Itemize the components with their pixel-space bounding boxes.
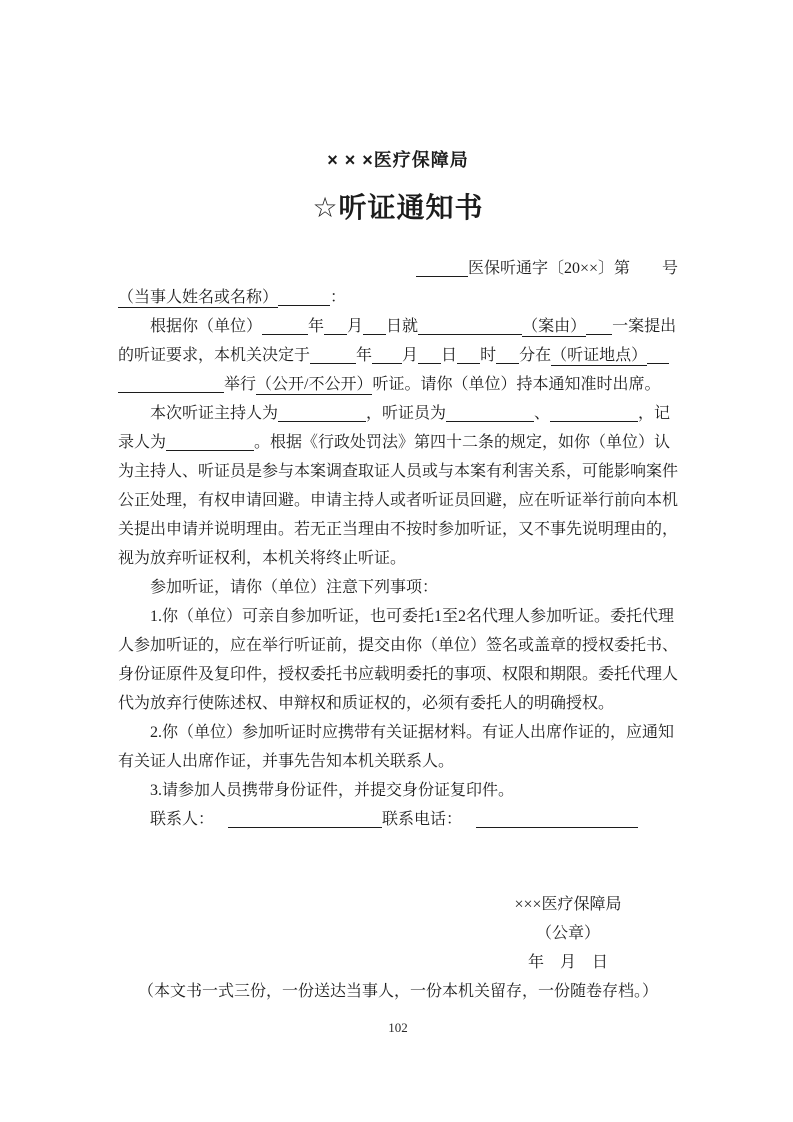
spacer (462, 823, 476, 824)
text-segment: 时 (480, 347, 496, 364)
text-segment: ，记 (638, 405, 670, 422)
text-segment: 年 (308, 318, 324, 335)
text-segment: 日 (441, 347, 457, 364)
blank-field (166, 433, 254, 451)
date-line: 年 月 日 (458, 948, 678, 977)
text-segment: ： (330, 289, 346, 306)
text-segment: 分在 (519, 347, 551, 364)
body-line: 人参加听证的，应在举行听证前，提交由你（单位）签名或盖章的授权委托书、 (118, 631, 678, 660)
body-line: 参加听证，请你（单位）注意下列事项： (118, 573, 678, 602)
issuing-org-header: × × ×医疗保障局 (118, 148, 678, 172)
blank-field (476, 810, 638, 828)
text-segment: 年 (356, 347, 372, 364)
text-segment: 日就 (386, 318, 418, 335)
underlined-label: （案由） (522, 318, 586, 337)
body-line: 为主持人、听证员是参与本案调查取证人员或与本案有利害关系，可能影响案件 (118, 457, 678, 486)
body-line: 公正处理，有权申请回避。申请主持人或者听证员回避，应在听证举行前向本机 (118, 486, 678, 515)
spacer (214, 823, 228, 824)
body-line: 身份证原件及复印件，授权委托书应载明委托的事项、权限和期限。委托代理人 (118, 660, 678, 689)
blank-field (418, 346, 441, 364)
body-line: 2.你（单位）参加听证时应携带有关证据材料。有证人出席作证的，应通知 (118, 718, 678, 747)
underlined-label: （公开/不公开） (256, 376, 372, 395)
distribution-note: （本文书一式三份，一份送达当事人，一份本机关留存，一份随卷存档。） (118, 977, 678, 1006)
text-segment: 联系电话： (382, 811, 462, 828)
blank-field (278, 404, 366, 422)
text-segment: 。根据《行政处罚法》第四十二条的规定，如你（单位）认 (254, 434, 670, 451)
body-line: 录人为。根据《行政处罚法》第四十二条的规定，如你（单位）认 (118, 428, 678, 457)
text-segment: 月 (347, 318, 363, 335)
body-line: 有关证人出席作证，并事先告知本机关联系人。 (118, 747, 678, 776)
blank-field (262, 317, 308, 335)
text-segment: 关提出申请并说明理由。若无正当理由不按时参加听证，又不事先说明理由的， (118, 521, 678, 538)
body-line: 视为放弃听证权利，本机关将终止听证。 (118, 544, 678, 573)
blank-field (228, 810, 382, 828)
closing-org: ×××医疗保障局 (458, 890, 678, 919)
body-line: 代为放弃行使陈述权、申辩权和质证权的，必须有委托人的明确授权。 (118, 689, 678, 718)
text-segment: 身份证原件及复印件，授权委托书应载明委托的事项、权限和期限。委托代理人 (118, 666, 678, 683)
page-number: 102 (118, 1020, 678, 1036)
blank-field (416, 259, 468, 277)
text-segment: 3.请参加人员携带身份证件，并提交身份证复印件。 (150, 782, 514, 799)
blank-field (496, 346, 519, 364)
document-title: ☆听证通知书 (118, 188, 678, 228)
blank-field (647, 346, 669, 364)
signature-block: ×××医疗保障局 （公章） 年 月 日 (458, 890, 678, 977)
blank-field (310, 346, 356, 364)
blank-field (586, 317, 612, 335)
blank-field (363, 317, 386, 335)
text-segment: 根据你（单位） (150, 318, 262, 335)
text-segment: 代为放弃行使陈述权、申辩权和质证权的，必须有委托人的明确授权。 (118, 695, 614, 712)
text-segment: 的听证要求，本机关决定于 (118, 347, 310, 364)
document-lines: 医保听通字〔20××〕第 号（当事人姓名或名称）：根据你（单位）年月日就（案由）… (118, 254, 678, 834)
text-segment: 一案提出 (612, 318, 676, 335)
text-segment: 联系人： (150, 811, 214, 828)
text-segment: 医保听通字〔20××〕第 号 (468, 260, 678, 277)
doc-number-line: 医保听通字〔20××〕第 号 (118, 254, 678, 283)
blank-field (446, 404, 534, 422)
text-segment: 2.你（单位）参加听证时应携带有关证据材料。有证人出席作证的，应通知 (150, 724, 674, 741)
body-line: 1.你（单位）可亲自参加听证，也可委托1至2名代理人参加听证。委托代理 (118, 602, 678, 631)
text-segment: 月 (402, 347, 418, 364)
blank-field (278, 288, 330, 306)
body-line: 的听证要求，本机关决定于年月日时分在（听证地点） (118, 341, 678, 370)
text-segment: 有关证人出席作证，并事先告知本机关联系人。 (118, 753, 454, 770)
underlined-label: （当事人姓名或名称） (118, 289, 278, 308)
text-segment: 公正处理，有权申请回避。申请主持人或者听证员回避，应在听证举行前向本机 (118, 492, 678, 509)
text-segment: 为主持人、听证员是参与本案调查取证人员或与本案有利害关系，可能影响案件 (118, 463, 678, 480)
document-page: × × ×医疗保障局 ☆听证通知书 医保听通字〔20××〕第 号（当事人姓名或名… (0, 0, 793, 1122)
text-segment: 参加听证，请你（单位）注意下列事项： (150, 579, 438, 596)
text-segment: 视为放弃听证权利，本机关将终止听证。 (118, 550, 406, 567)
seal-placeholder: （公章） (458, 919, 678, 948)
text-segment: 、 (534, 405, 550, 422)
text-segment: 1.你（单位）可亲自参加听证，也可委托1至2名代理人参加听证。委托代理 (150, 608, 674, 625)
text-segment: ，听证员为 (366, 405, 446, 422)
blank-field (550, 404, 638, 422)
text-segment: 人参加听证的，应在举行听证前，提交由你（单位）签名或盖章的授权委托书、 (118, 637, 678, 654)
body-line: 本次听证主持人为，听证员为、，记 (118, 399, 678, 428)
contact-line: 联系人：联系电话： (118, 805, 678, 834)
text-segment: 本次听证主持人为 (150, 405, 278, 422)
blank-field (118, 375, 224, 393)
blank-field (418, 317, 522, 335)
body-line: 3.请参加人员携带身份证件，并提交身份证复印件。 (118, 776, 678, 805)
underlined-label: （听证地点） (551, 347, 647, 366)
addressee-line: （当事人姓名或名称）： (118, 283, 678, 312)
blank-field (324, 317, 347, 335)
text-segment: 举行 (224, 376, 256, 393)
body-line: 根据你（单位）年月日就（案由）一案提出 (118, 312, 678, 341)
body-line: 举行（公开/不公开）听证。请你（单位）持本通知准时出席。 (118, 370, 678, 399)
blank-field (372, 346, 402, 364)
body-line: 关提出申请并说明理由。若无正当理由不按时参加听证，又不事先说明理由的， (118, 515, 678, 544)
text-segment: 听证。请你（单位）持本通知准时出席。 (372, 376, 660, 393)
blank-field (457, 346, 480, 364)
text-segment: 录人为 (118, 434, 166, 451)
